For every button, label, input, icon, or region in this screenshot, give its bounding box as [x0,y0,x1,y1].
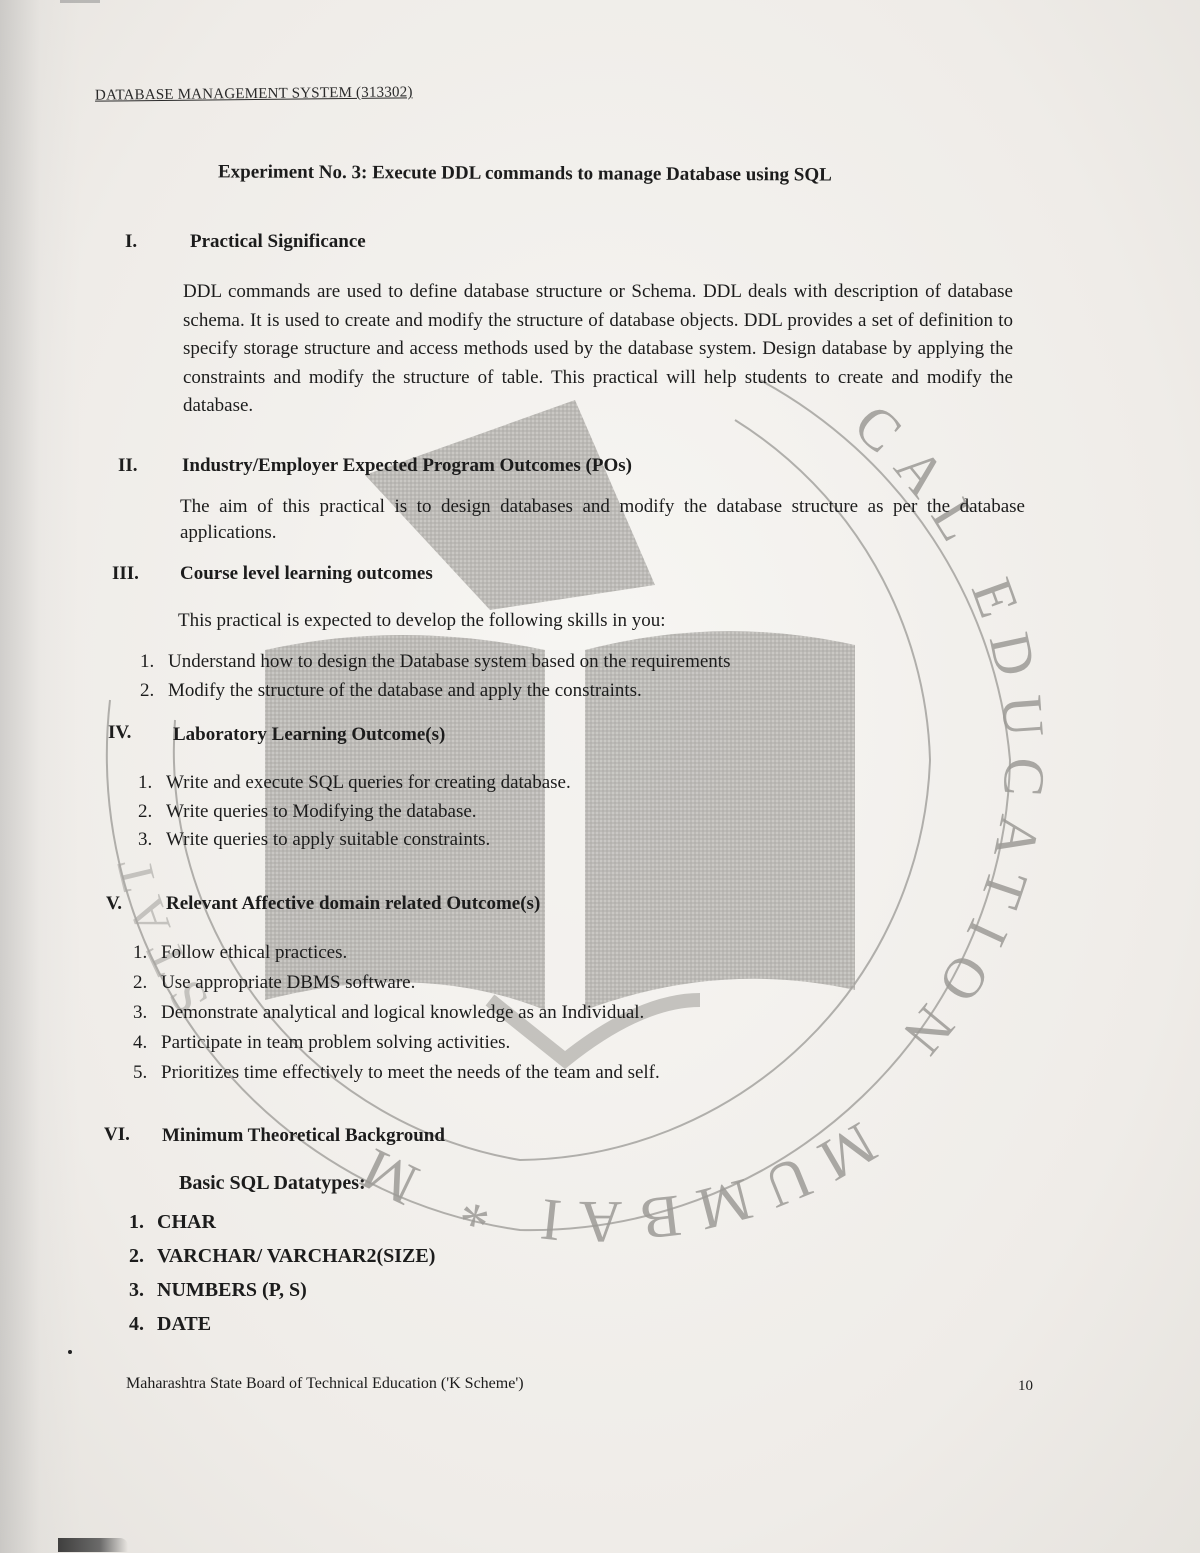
section-heading: Relevant Affective domain related Outcom… [166,893,540,915]
section-numeral: II. [118,455,138,477]
list-item: 2.Modify the structure of the database a… [140,677,920,706]
course-outcomes-list: 1.Understand how to design the Database … [140,648,920,705]
lab-outcomes-list: 1.Write and execute SQL queries for crea… [138,769,838,855]
list-item: 1.Understand how to design the Database … [140,648,920,677]
scan-artifact [68,1350,72,1354]
section-heading: Practical Significance [190,231,366,253]
footer-board-name: Maharashtra State Board of Technical Edu… [126,1375,524,1393]
list-item: 3.Demonstrate analytical and logical kno… [133,998,853,1028]
scan-edge-shadow [0,0,80,1553]
list-item: 2.Use appropriate DBMS software. [133,968,853,998]
page-number: 10 [1018,1378,1033,1395]
scanned-page: CAL EDUCATION MUMBAI * MAH STAT DATABASE… [0,0,1200,1553]
section-body: The aim of this practical is to design d… [180,494,1025,546]
list-item: 5.Prioritizes time effectively to meet t… [133,1058,853,1088]
experiment-title: Experiment No. 3: Execute DDL commands t… [218,161,832,186]
section-subheading: Basic SQL Datatypes: [179,1172,366,1195]
affective-outcomes-list: 1.Follow ethical practices. 2.Use approp… [133,938,853,1088]
list-item: 2.VARCHAR/ VARCHAR2(SIZE) [129,1239,629,1273]
section-numeral: IV. [108,722,131,744]
section-heading: Industry/Employer Expected Program Outco… [182,455,632,477]
list-item: 3.NUMBERS (P, S) [129,1273,629,1307]
section-numeral: III. [112,563,139,585]
section-intro: This practical is expected to develop th… [178,607,978,636]
list-item: 3.Write queries to apply suitable constr… [138,826,838,855]
list-item: 1.CHAR [129,1205,629,1239]
list-item: 4.DATE [129,1307,629,1341]
list-item: 2.Write queries to Modifying the databas… [138,798,838,827]
scan-artifact [60,0,100,3]
list-item: 4.Participate in team problem solving ac… [133,1028,853,1058]
list-item: 1.Follow ethical practices. [133,938,853,968]
section-heading: Laboratory Learning Outcome(s) [173,724,445,746]
section-numeral: V. [106,893,122,915]
section-numeral: VI. [104,1124,130,1146]
running-header: DATABASE MANAGEMENT SYSTEM (313302) [95,84,413,104]
section-numeral: I. [125,231,137,253]
section-heading: Course level learning outcomes [180,563,433,585]
list-item: 1.Write and execute SQL queries for crea… [138,769,838,798]
sql-datatypes-list: 1.CHAR 2.VARCHAR/ VARCHAR2(SIZE) 3.NUMBE… [129,1205,629,1341]
scan-artifact [58,1538,128,1552]
section-heading: Minimum Theoretical Background [162,1125,445,1147]
section-body: DDL commands are used to define database… [183,278,1013,421]
